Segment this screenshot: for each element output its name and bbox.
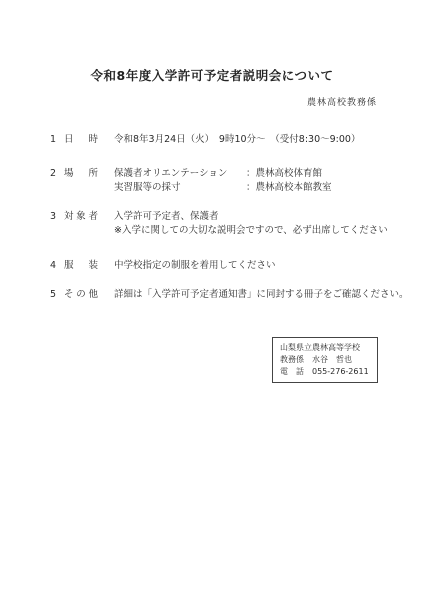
document-page: 令和8年度入学許可予定者説明会について 農林高校教務係 1 日時 令和8年3月2… (0, 0, 424, 600)
item-label-datetime: 日時 (64, 133, 98, 147)
contact-phone: 電 話 055-276-2611 (280, 366, 370, 378)
items-list: 1 日時 令和8年3月24日（火） 9時10分～ （受付8:30～9:00） 2… (50, 133, 398, 302)
item-content-attendees: 入学許可予定者、保護者 ※入学に関しての大切な説明会ですので、必ず出席してくださ… (114, 210, 388, 238)
place-row-value: ：農林高校本館教室 (246, 181, 332, 195)
item-datetime: 1 日時 令和8年3月24日（火） 9時10分～ （受付8:30～9:00） (50, 133, 398, 147)
contact-staff: 教務係 水谷 哲也 (280, 354, 370, 366)
issuer-label: 農林高校教務係 (307, 95, 377, 108)
item-content-other: 詳細は「入学許可予定者通知書」に同封する冊子をご確認ください。 (114, 288, 409, 302)
place-row-value: ：農林高校体育館 (246, 167, 322, 181)
page-title: 令和8年度入学許可予定者説明会について (0, 66, 424, 84)
item-number: 3 (50, 210, 64, 224)
place-row-name: 実習服等の採寸 (114, 181, 246, 195)
attendees-text: 入学許可予定者、保護者 (114, 210, 388, 224)
item-content-dresscode: 中学校指定の制服を着用してください (114, 259, 276, 273)
item-label-place: 場所 (64, 167, 98, 181)
place-row: 保護者オリエンテーション ：農林高校体育館 (114, 167, 332, 181)
item-attendees: 3 対象者 入学許可予定者、保護者 ※入学に関しての大切な説明会ですので、必ず出… (50, 210, 398, 238)
item-number: 5 (50, 288, 64, 302)
item-label-attendees: 対象者 (64, 210, 98, 224)
contact-school: 山梨県立農林高等学校 (280, 342, 370, 354)
item-number: 4 (50, 259, 64, 273)
item-number: 1 (50, 133, 64, 147)
item-content-place: 保護者オリエンテーション ：農林高校体育館 実習服等の採寸 ：農林高校本館教室 (114, 167, 332, 195)
attendees-note: ※入学に関しての大切な説明会ですので、必ず出席してください (114, 224, 388, 238)
place-row: 実習服等の採寸 ：農林高校本館教室 (114, 181, 332, 195)
other-text: 詳細は「入学許可予定者通知書」に同封する冊子をご確認ください。 (114, 288, 409, 302)
datetime-text: 令和8年3月24日（火） 9時10分～ （受付8:30～9:00） (114, 133, 360, 147)
item-label-other: その他 (64, 288, 98, 302)
dresscode-text: 中学校指定の制服を着用してください (114, 259, 276, 273)
item-other: 5 その他 詳細は「入学許可予定者通知書」に同封する冊子をご確認ください。 (50, 288, 398, 302)
item-place: 2 場所 保護者オリエンテーション ：農林高校体育館 実習服等の採寸 ：農林高校… (50, 167, 398, 195)
item-dresscode: 4 服装 中学校指定の制服を着用してください (50, 259, 398, 273)
contact-box: 山梨県立農林高等学校 教務係 水谷 哲也 電 話 055-276-2611 (272, 337, 378, 383)
place-row-name: 保護者オリエンテーション (114, 167, 246, 181)
item-content-datetime: 令和8年3月24日（火） 9時10分～ （受付8:30～9:00） (114, 133, 360, 147)
item-number: 2 (50, 167, 64, 181)
item-label-dresscode: 服装 (64, 259, 98, 273)
